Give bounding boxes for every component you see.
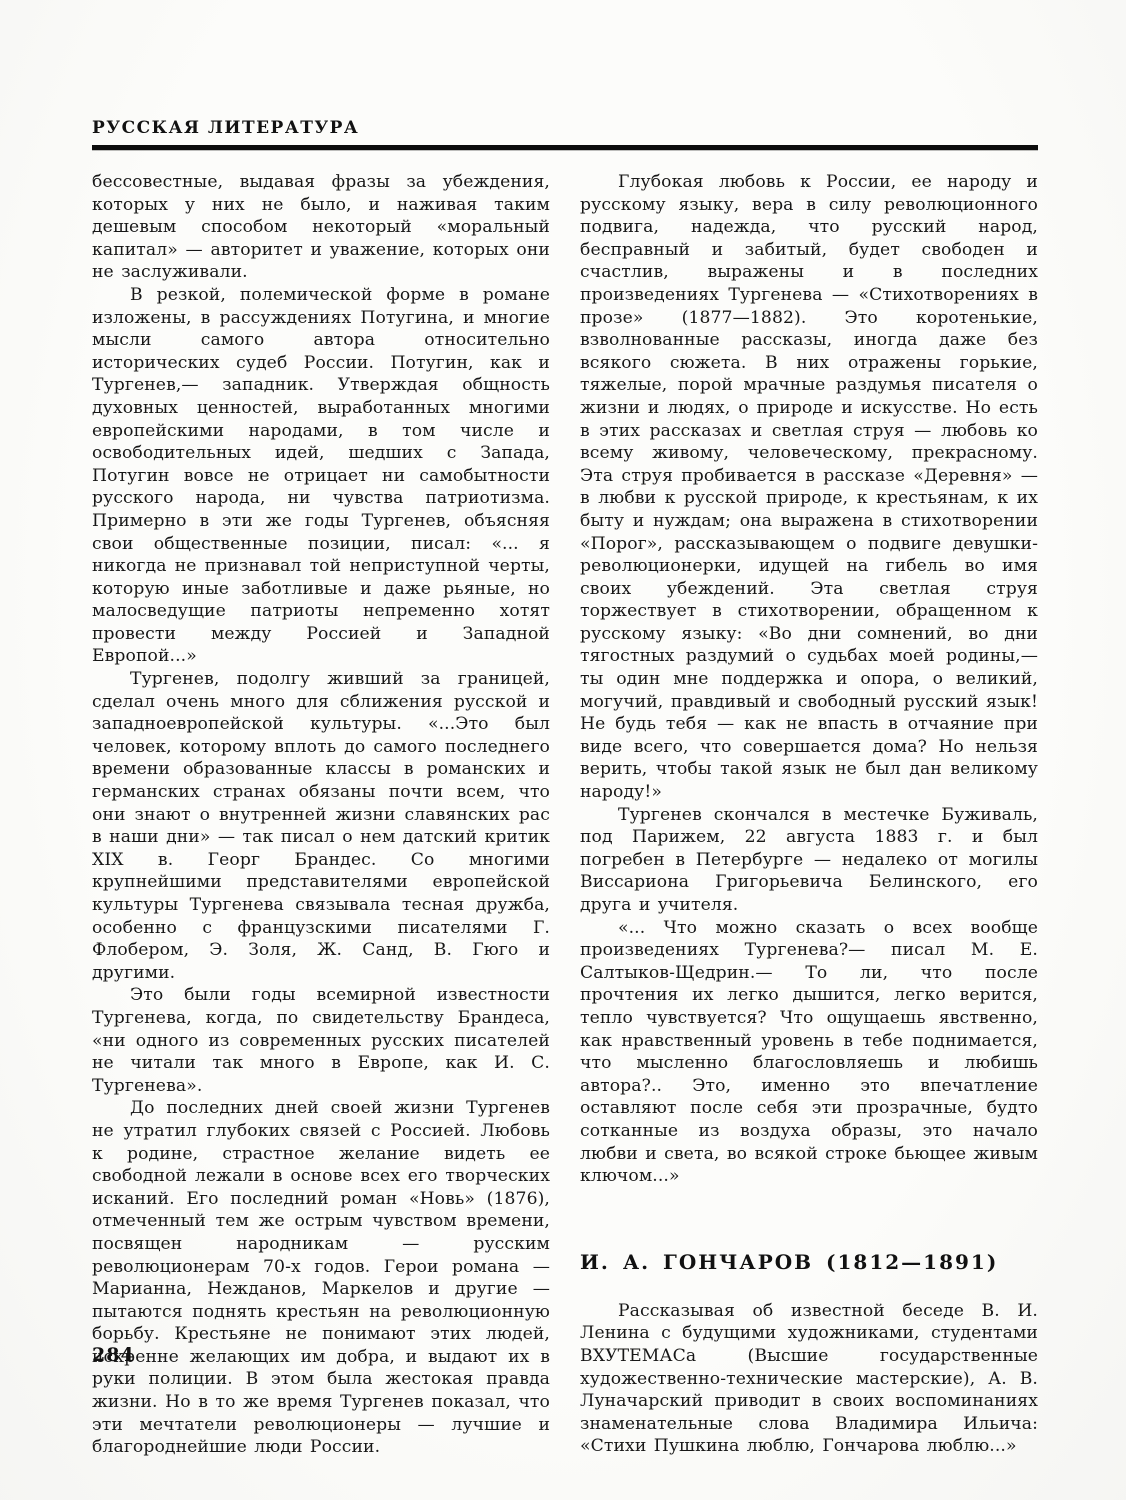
- left-paragraph-nov: До последних дней своей жизни Тургенев н…: [92, 1097, 550, 1459]
- right-column: Глубокая любовь к России, ее народу и ру…: [580, 171, 1038, 1459]
- header-rule: [92, 145, 1038, 150]
- right-paragraph-goncharov-intro: Рассказывая об известной беседе В. И. Ле…: [580, 1300, 1038, 1458]
- running-head-title: РУССКАЯ ЛИТЕРАТУРА: [92, 118, 1038, 138]
- left-paragraph-continuation: бессовестные, выдавая фразы за убеждения…: [92, 171, 550, 284]
- right-paragraph-death: Тургенев скончался в местечке Буживаль, …: [580, 804, 1038, 917]
- page-header: РУССКАЯ ЛИТЕРАТУРА: [92, 118, 1038, 150]
- left-column: бессовестные, выдавая фразы за убеждения…: [92, 171, 550, 1459]
- left-paragraph-fame: Это были годы всемирной известности Тург…: [92, 984, 550, 1097]
- text-columns: бессовестные, выдавая фразы за убеждения…: [92, 171, 1038, 1459]
- right-paragraph-saltykov-quote: «... Что можно сказать о всех вообще про…: [580, 917, 1038, 1188]
- left-paragraph-abroad: Тургенев, подолгу живший за границей, сд…: [92, 668, 550, 984]
- right-paragraph-poems-in-prose: Глубокая любовь к России, ее народу и ру…: [580, 171, 1038, 804]
- section-heading-goncharov: И. А. ГОНЧАРОВ (1812—1891): [580, 1250, 1038, 1274]
- left-paragraph-roman-potugin: В резкой, полемической форме в романе из…: [92, 284, 550, 668]
- page-number: 284: [92, 1344, 135, 1366]
- book-page: РУССКАЯ ЛИТЕРАТУРА бессовестные, выдавая…: [0, 0, 1126, 1500]
